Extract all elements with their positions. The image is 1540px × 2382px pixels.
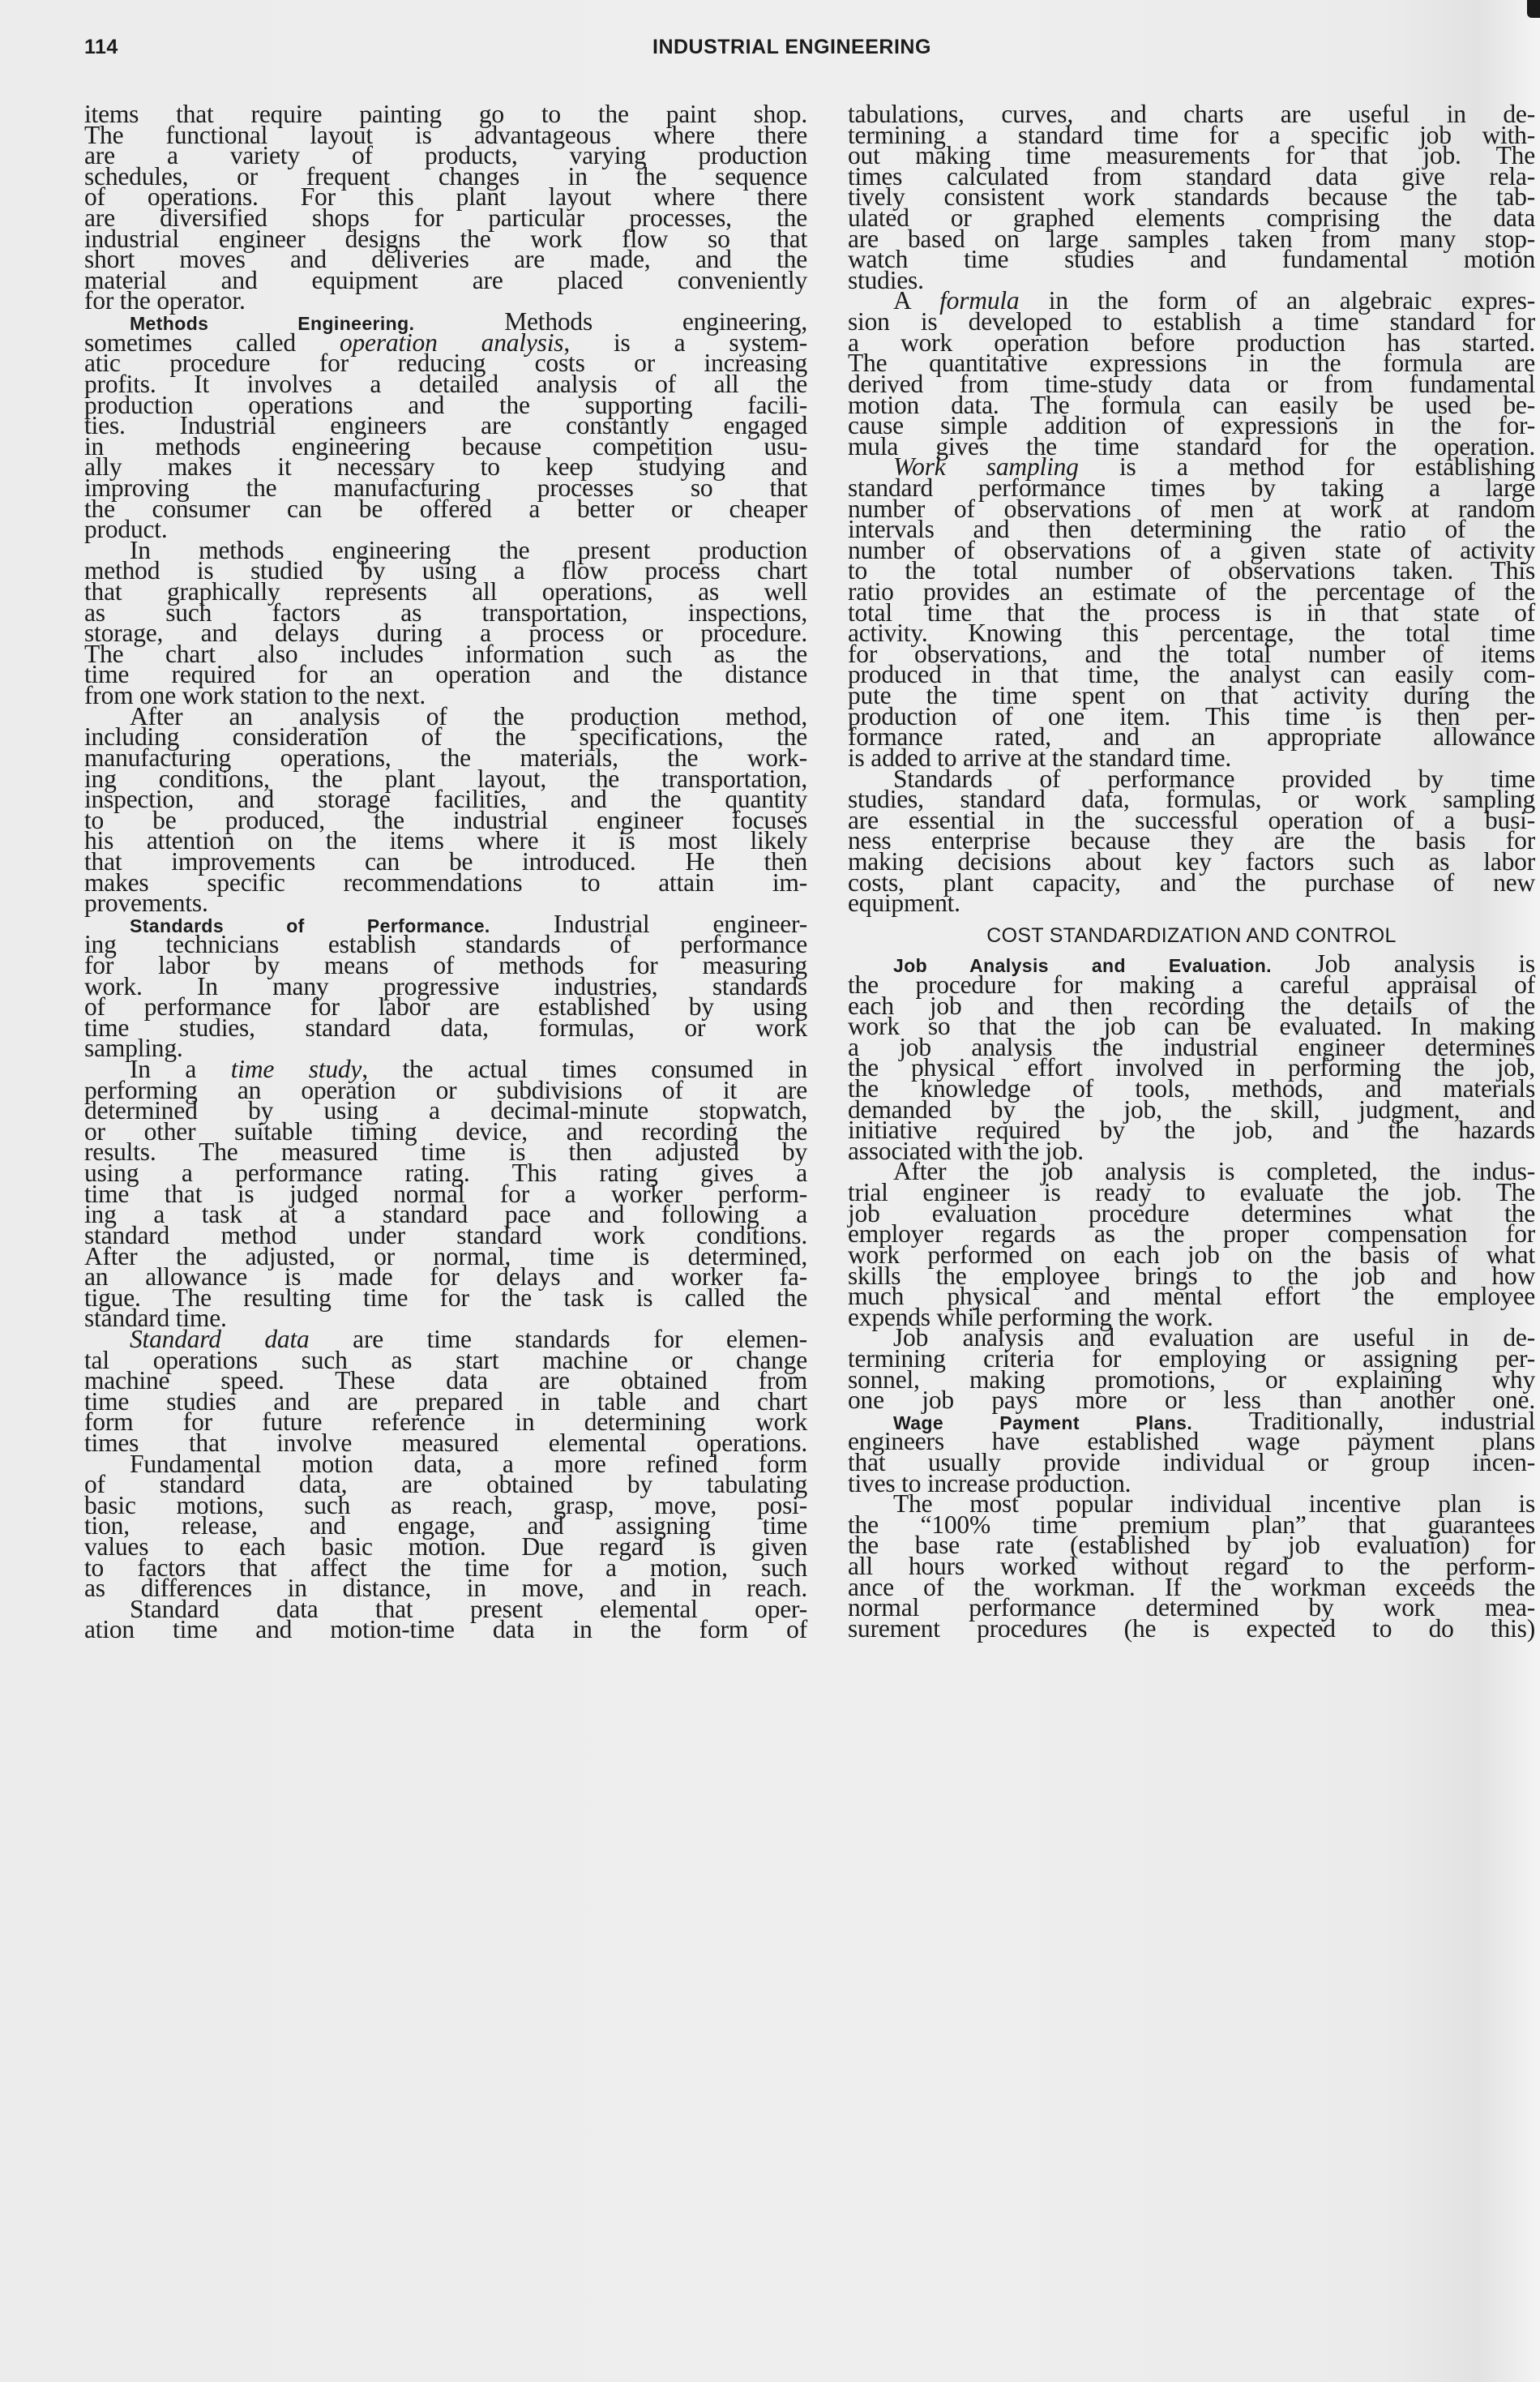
- paragraph-incentive-plan: The most popular individual incentive pl…: [848, 1493, 1535, 1639]
- paragraph-standard-data: Standard data are time standards for ele…: [84, 1329, 807, 1454]
- paragraph-standards-of-performance: Standards of Performance. Industrial eng…: [84, 914, 807, 1059]
- left-column: items that require painting go to the pa…: [84, 104, 807, 1640]
- right-column: tabulations, curves, and charts are usef…: [848, 104, 1535, 1639]
- paragraph-after-analysis: After an analysis of the production meth…: [84, 706, 807, 914]
- section-heading-cost-standardization: COST STANDARDIZATION AND CONTROL: [848, 923, 1535, 945]
- text-line: ation time and motion-time data in the f…: [84, 1619, 807, 1640]
- paragraph-standard-data-present: Standard data that present elemental ope…: [84, 1599, 807, 1640]
- paragraph-work-sampling: Work sampling is a method for establishi…: [848, 456, 1535, 768]
- text-line: watch time studies and fundamental motio…: [848, 249, 1535, 270]
- text-line: time studies, standard data, formulas, o…: [84, 1017, 807, 1039]
- running-header: 114 INDUSTRIAL ENGINEERING: [0, 36, 1540, 68]
- paragraph-after-job-analysis: After the job analysis is completed, the…: [848, 1161, 1535, 1327]
- paragraph-wage-payment-plans: Wage Payment Plans. Traditionally, indus…: [848, 1411, 1535, 1493]
- paragraph-time-study: In a time study, the actual times consum…: [84, 1059, 807, 1329]
- binding-shadow-mark: [1527, 0, 1540, 18]
- paragraph-job-analysis-useful: Job analysis and evaluation are useful i…: [848, 1327, 1535, 1410]
- paragraph-tabulations: tabulations, curves, and charts are usef…: [848, 104, 1535, 290]
- page-number: 114: [84, 36, 118, 59]
- running-title: INDUSTRIAL ENGINEERING: [652, 36, 931, 59]
- book-page: 114 INDUSTRIAL ENGINEERING items that re…: [0, 0, 1540, 2382]
- paragraph-fundamental-motion-data: Fundamental motion data, a more refined …: [84, 1454, 807, 1599]
- paragraph-standards-provided: Standards of performance provided by tim…: [848, 769, 1535, 914]
- text-line: surement procedures (he is expected to d…: [848, 1618, 1535, 1639]
- text-line: the consumer can be offered a better or …: [84, 499, 807, 520]
- paragraph-functional-layout: items that require painting go to the pa…: [84, 104, 807, 311]
- paragraph-job-analysis: Job Analysis and Evaluation. Job analysi…: [848, 953, 1535, 1161]
- paragraph-formula: A formula in the form of an algebraic ex…: [848, 290, 1535, 456]
- paragraph-methods-engineering: Methods Engineering. Methods engineering…: [84, 311, 807, 540]
- paragraph-flow-process-chart: In methods engineering the present produ…: [84, 540, 807, 706]
